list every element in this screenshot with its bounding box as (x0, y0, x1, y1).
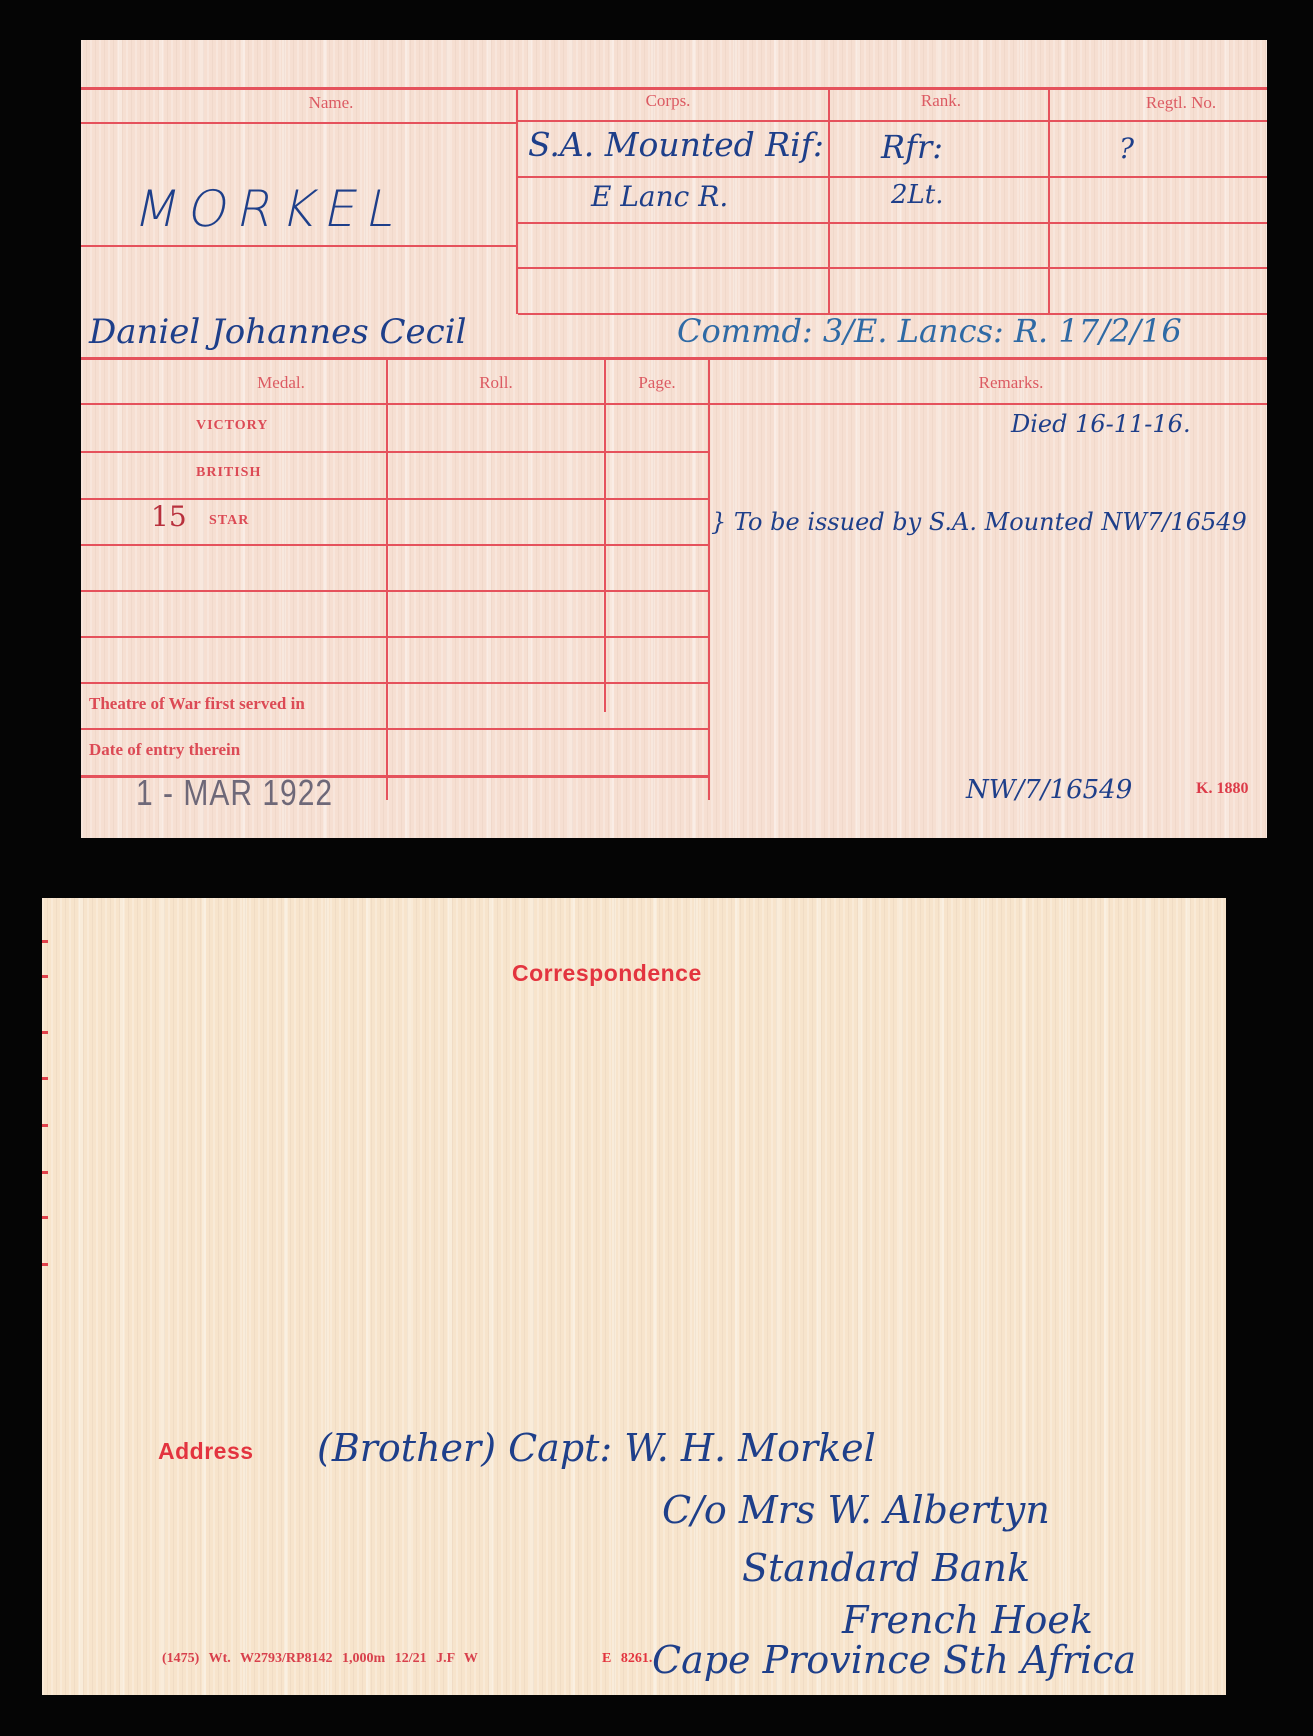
corps-entry-1: S.A. Mounted Rif: (528, 125, 824, 164)
commission-note: Commd: 3/E. Lancs: R. 17/2/16 (677, 312, 1182, 350)
rule-line (81, 357, 1267, 360)
form-number: K. 1880 (1196, 780, 1248, 798)
address-line-3: Standard Bank (742, 1546, 1030, 1590)
rule-line (518, 176, 1267, 178)
medal-star: STAR (209, 513, 249, 529)
date-stamp: 1 - MAR 1922 (136, 774, 333, 815)
rule-line (81, 590, 708, 592)
theatre-label: Theatre of War first served in (89, 694, 305, 714)
remark-to-be-issued: } To be issued by S.A. Mounted NW7/16549 (711, 508, 1247, 536)
remark-died: Died 16-11-16. (1011, 410, 1191, 438)
address-line-4: French Hoek (842, 1598, 1093, 1642)
medal-victory: VICTORY (196, 418, 268, 434)
regtl-no-header: Regtl. No. (1081, 93, 1281, 113)
edge-tick (42, 975, 48, 978)
rule-line (81, 451, 708, 453)
column-divider (386, 360, 388, 800)
edge-tick (42, 940, 48, 943)
rule-line (81, 87, 1267, 90)
address-line-5: Cape Province Sth Africa (652, 1638, 1136, 1682)
rule-line (81, 122, 516, 124)
column-divider (1048, 89, 1050, 314)
column-divider (604, 360, 606, 712)
corps-entry-2: E Lanc R. (591, 180, 728, 213)
forenames-handwritten: Daniel Johannes Cecil (89, 312, 466, 352)
rule-line (518, 222, 1267, 224)
column-divider (828, 89, 830, 314)
rule-line (81, 403, 1267, 405)
medal-index-card-back: Correspondence Address (Brother) Capt: W… (42, 898, 1226, 1695)
rule-line (81, 728, 708, 730)
medal-british: BRITISH (196, 465, 261, 481)
page-header: Page. (607, 373, 707, 393)
edge-tick (42, 1077, 48, 1080)
rule-line (518, 267, 1267, 269)
rule-line (81, 636, 708, 638)
corps-header: Corps. (568, 91, 768, 111)
name-header: Name. (231, 93, 431, 113)
medal-header: Medal. (181, 373, 381, 393)
star-annotation: 15 (151, 500, 187, 533)
edge-tick (42, 1216, 48, 1219)
edge-tick (42, 1171, 48, 1174)
remarks-header: Remarks. (911, 373, 1111, 393)
rule-line (518, 120, 1267, 122)
rule-line (81, 682, 708, 684)
rank-entry-2: 2Lt. (891, 180, 944, 210)
rule-line (81, 544, 708, 546)
address-label: Address (158, 1438, 254, 1465)
column-divider (516, 89, 518, 314)
regtl-no-entry: ? (1119, 132, 1134, 165)
reference-handwritten: NW/7/16549 (966, 775, 1132, 805)
edge-tick (42, 1031, 48, 1034)
address-line-1: (Brother) Capt: W. H. Morkel (317, 1426, 876, 1470)
print-info: (1475) Wt. W2793/RP8142 1,000m 12/21 J.F… (162, 1651, 478, 1667)
print-code: E 8261. (602, 1651, 652, 1667)
date-entry-label: Date of entry therein (89, 740, 240, 760)
correspondence-title: Correspondence (512, 960, 702, 987)
column-divider (708, 360, 710, 800)
rule-line (81, 245, 516, 247)
roll-header: Roll. (396, 373, 596, 393)
edge-tick (42, 1263, 48, 1266)
rank-entry-1: Rfr: (881, 128, 943, 166)
rank-header: Rank. (841, 91, 1041, 111)
medal-index-card-front: Name. Corps. Rank. Regtl. No. MORKEL S.A… (81, 40, 1267, 838)
address-line-2: C/o Mrs W. Albertyn (662, 1488, 1050, 1532)
surname-handwritten: MORKEL (130, 180, 412, 238)
edge-tick (42, 1124, 48, 1127)
